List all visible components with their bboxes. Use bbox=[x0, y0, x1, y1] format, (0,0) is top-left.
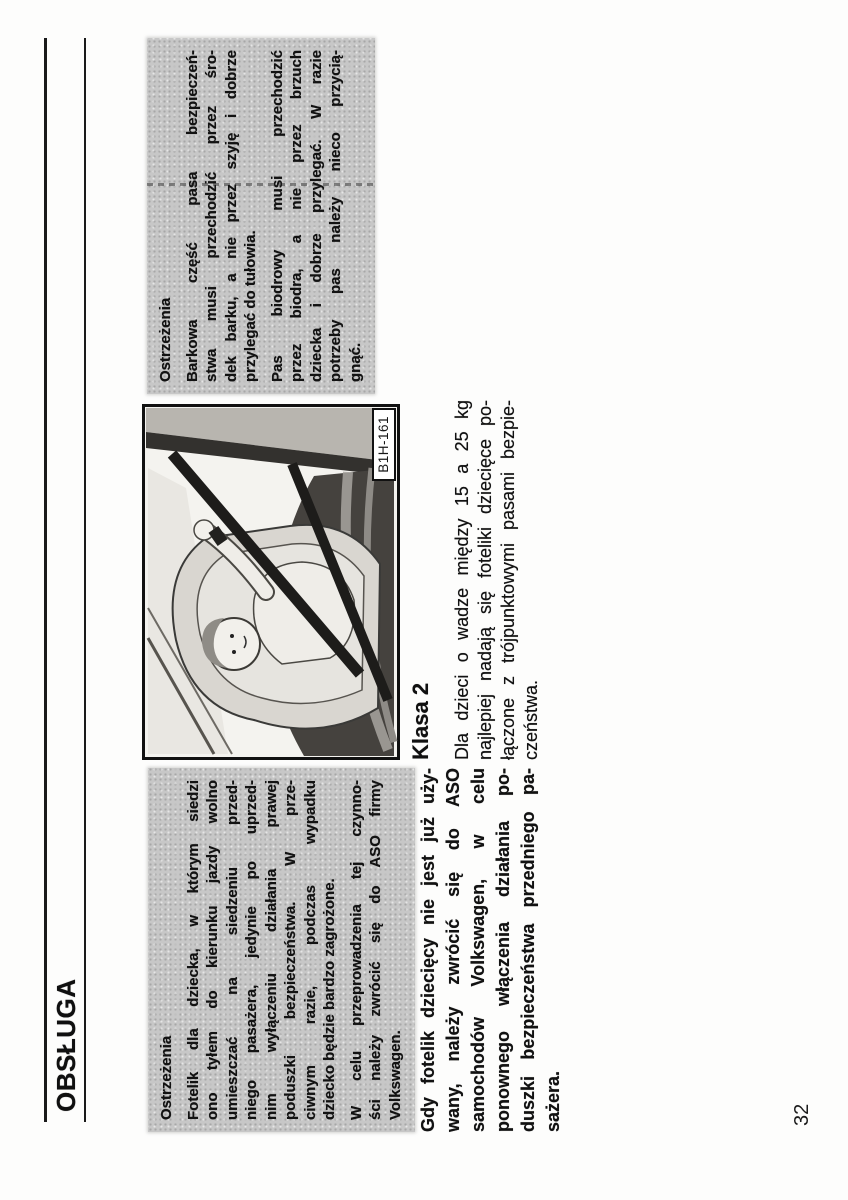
paragraph: Barkowa część pasa bezpieczeń-stwa musi … bbox=[183, 50, 261, 382]
warning-box-heading: Ostrzeżenia bbox=[157, 780, 177, 1120]
paragraph-klasa-2: Dla dzieci o wadze między 15 a 25 kgnajl… bbox=[451, 400, 543, 760]
text-line: poduszki bezpieczeństwa. W prze- bbox=[281, 780, 301, 1120]
paragraph: Dla dzieci o wadze między 15 a 25 kgnajl… bbox=[451, 400, 543, 760]
text-line: Dla dzieci o wadze między 15 a 25 kg bbox=[451, 400, 474, 760]
section-heading-klasa-2: Klasa 2 bbox=[408, 683, 434, 760]
paragraph: W celu przeprowadzenia tej czynno-ści na… bbox=[347, 780, 406, 1120]
text-line: umieszczać na siedzeniu przed- bbox=[223, 780, 243, 1120]
figure-reference-label: B1H-161 bbox=[372, 408, 396, 481]
text-line: Pas biodrowy musi przechodzić bbox=[268, 50, 288, 382]
paragraph: Fotelik dla dziecka, w którym siedziono … bbox=[184, 780, 340, 1120]
text-line: dziecko będzie bardzo zagrożone. bbox=[320, 780, 340, 1120]
text-line: przylegać do tułowia. bbox=[241, 50, 261, 382]
header-rule-bottom bbox=[84, 38, 86, 1122]
text-line: najlepiej nadają się foteliki dziecięce … bbox=[474, 400, 497, 760]
manual-page-rotated-scan: OBSŁUGA Ostrzeżenia Fotelik dla dziecka,… bbox=[0, 0, 848, 1200]
child-in-booster-seat-drawing bbox=[142, 404, 400, 760]
text-line: łączone z trójpunktowymi pasami bezpie- bbox=[497, 400, 520, 760]
text-line: czeństwa. bbox=[520, 400, 543, 760]
text-line: dek barku, a nie przez szyję i dobrze bbox=[222, 50, 242, 382]
text-line: Volkswagen. bbox=[386, 780, 406, 1120]
figure-child-seat-illustration: B1H-161 bbox=[142, 404, 400, 760]
text-line: sażera. bbox=[541, 768, 566, 1132]
warning-box-airbag: Ostrzeżenia Fotelik dla dziecka, w który… bbox=[148, 768, 415, 1132]
text-line: potrzeby pas należy nieco przycią- bbox=[326, 50, 346, 382]
text-line: Fotelik dla dziecka, w którym siedzi bbox=[184, 780, 204, 1120]
header-rule-top bbox=[44, 38, 47, 1122]
text-line: stwa musi przechodzić przez śro- bbox=[202, 50, 222, 382]
text-line: przez biodra, a nie przez brzuch bbox=[287, 50, 307, 382]
text-line: ciwnym razie, podczas wypadku bbox=[301, 780, 321, 1120]
text-line: Barkowa część pasa bezpieczeń- bbox=[183, 50, 203, 382]
paragraph: Gdy fotelik dziecięcy nie jest już uży-w… bbox=[416, 768, 566, 1132]
text-line: niego pasażera, jedynie po uprzed- bbox=[242, 780, 262, 1120]
warning-box-body: Barkowa część pasa bezpieczeń-stwa musi … bbox=[183, 50, 366, 382]
text-line: Gdy fotelik dziecięcy nie jest już uży- bbox=[416, 768, 441, 1132]
text-line: ono tyłem do kierunku jazdy wolno bbox=[203, 780, 223, 1120]
paragraph: Pas biodrowy musi przechodzićprzez biodr… bbox=[268, 50, 366, 382]
paragraph-disable-airbag-note: Gdy fotelik dziecięcy nie jest już uży-w… bbox=[416, 768, 566, 1132]
text-line: W celu przeprowadzenia tej czynno- bbox=[347, 780, 367, 1120]
text-line: duszki bezpieczeństwa przedniego pa- bbox=[516, 768, 541, 1132]
warning-box-heading: Ostrzeżenia bbox=[156, 50, 176, 382]
text-line: gnąć. bbox=[346, 50, 366, 382]
text-line: wany, należy zwrócić się do ASO bbox=[441, 768, 466, 1132]
text-line: nim wyłączeniu działania prawej bbox=[262, 780, 282, 1120]
scanned-manual-page: { "page": { "header": { "title": "OBSŁUG… bbox=[0, 0, 848, 1200]
chapter-title: OBSŁUGA bbox=[51, 979, 82, 1113]
text-line: samochodów Volkswagen, w celu bbox=[466, 768, 491, 1132]
warning-box-belt-routing: Ostrzeżenia Barkowa część pasa bezpiecze… bbox=[147, 38, 375, 394]
text-line: ponownego włączenia działania po- bbox=[491, 768, 516, 1132]
page-number: 32 bbox=[791, 1104, 814, 1126]
warning-box-body: Fotelik dla dziecka, w którym siedziono … bbox=[184, 780, 406, 1120]
text-line: dziecka i dobrze przylegać. W razie bbox=[307, 50, 327, 382]
text-line: ści należy zwrócić się do ASO firmy bbox=[366, 780, 386, 1120]
